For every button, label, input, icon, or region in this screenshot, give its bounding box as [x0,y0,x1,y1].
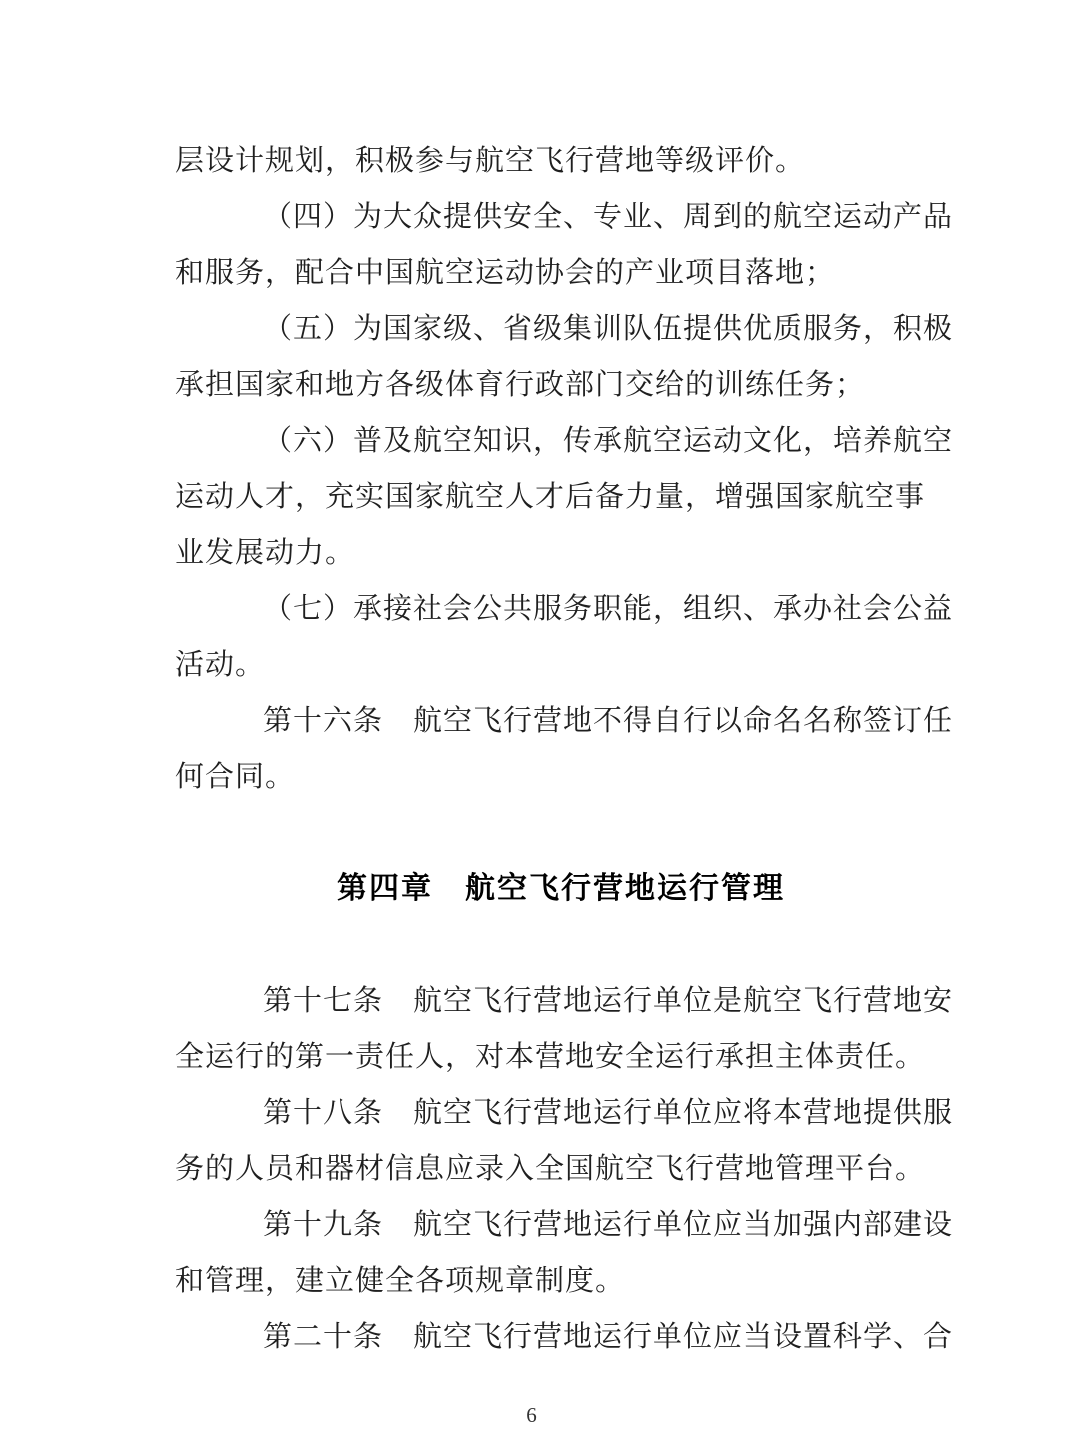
chapter-heading: 第四章 航空飞行营地运行管理 [175,861,947,917]
document-body: 层设计规划，积极参与航空飞行营地等级评价。 （四）为大众提供安全、专业、周到的航… [175,133,947,1365]
paragraph: 第二十条 航空飞行营地运行单位应当设置科学、合 [175,1309,947,1365]
text-line: 运动人才，充实国家航空人才后备力量，增强国家航空事 [175,469,947,525]
paragraph: 第十六条 航空飞行营地不得自行以命名名称签订任 何合同。 [175,693,947,805]
paragraph: 第十九条 航空飞行营地运行单位应当加强内部建设 和管理，建立健全各项规章制度。 [175,1197,947,1309]
paragraph: （六）普及航空知识，传承航空运动文化，培养航空 运动人才，充实国家航空人才后备力… [175,413,947,581]
text-line: 全运行的第一责任人，对本营地安全运行承担主体责任。 [175,1029,947,1085]
text-line: 业发展动力。 [175,525,947,581]
text-line: 第二十条 航空飞行营地运行单位应当设置科学、合 [175,1309,947,1365]
paragraph: 第十七条 航空飞行营地运行单位是航空飞行营地安 全运行的第一责任人，对本营地安全… [175,973,947,1085]
text-line: 和服务，配合中国航空运动协会的产业项目落地； [175,245,947,301]
paragraph: 第十八条 航空飞行营地运行单位应将本营地提供服 务的人员和器材信息应录入全国航空… [175,1085,947,1197]
paragraph: 层设计规划，积极参与航空飞行营地等级评价。 [175,133,947,189]
text-line: 第十七条 航空飞行营地运行单位是航空飞行营地安 [175,973,947,1029]
page-number: 6 [0,1403,1064,1428]
paragraph: （四）为大众提供安全、专业、周到的航空运动产品 和服务，配合中国航空运动协会的产… [175,189,947,301]
text-line: （四）为大众提供安全、专业、周到的航空运动产品 [175,189,947,245]
text-line: 和管理，建立健全各项规章制度。 [175,1253,947,1309]
text-line: 第十六条 航空飞行营地不得自行以命名名称签订任 [175,693,947,749]
paragraph: （七）承接社会公共服务职能，组织、承办社会公益 活动。 [175,581,947,693]
text-line: （六）普及航空知识，传承航空运动文化，培养航空 [175,413,947,469]
text-line: 承担国家和地方各级体育行政部门交给的训练任务； [175,357,947,413]
text-line: （五）为国家级、省级集训队伍提供优质服务，积极 [175,301,947,357]
text-line: 第十八条 航空飞行营地运行单位应将本营地提供服 [175,1085,947,1141]
text-line: 务的人员和器材信息应录入全国航空飞行营地管理平台。 [175,1141,947,1197]
text-line: 层设计规划，积极参与航空飞行营地等级评价。 [175,133,947,189]
document-page: { "page": { "paragraphs": [ { "lines": [… [0,0,1080,1453]
paragraph: （五）为国家级、省级集训队伍提供优质服务，积极 承担国家和地方各级体育行政部门交… [175,301,947,413]
text-line: 活动。 [175,637,947,693]
text-line: 何合同。 [175,749,947,805]
text-line: （七）承接社会公共服务职能，组织、承办社会公益 [175,581,947,637]
text-line: 第十九条 航空飞行营地运行单位应当加强内部建设 [175,1197,947,1253]
